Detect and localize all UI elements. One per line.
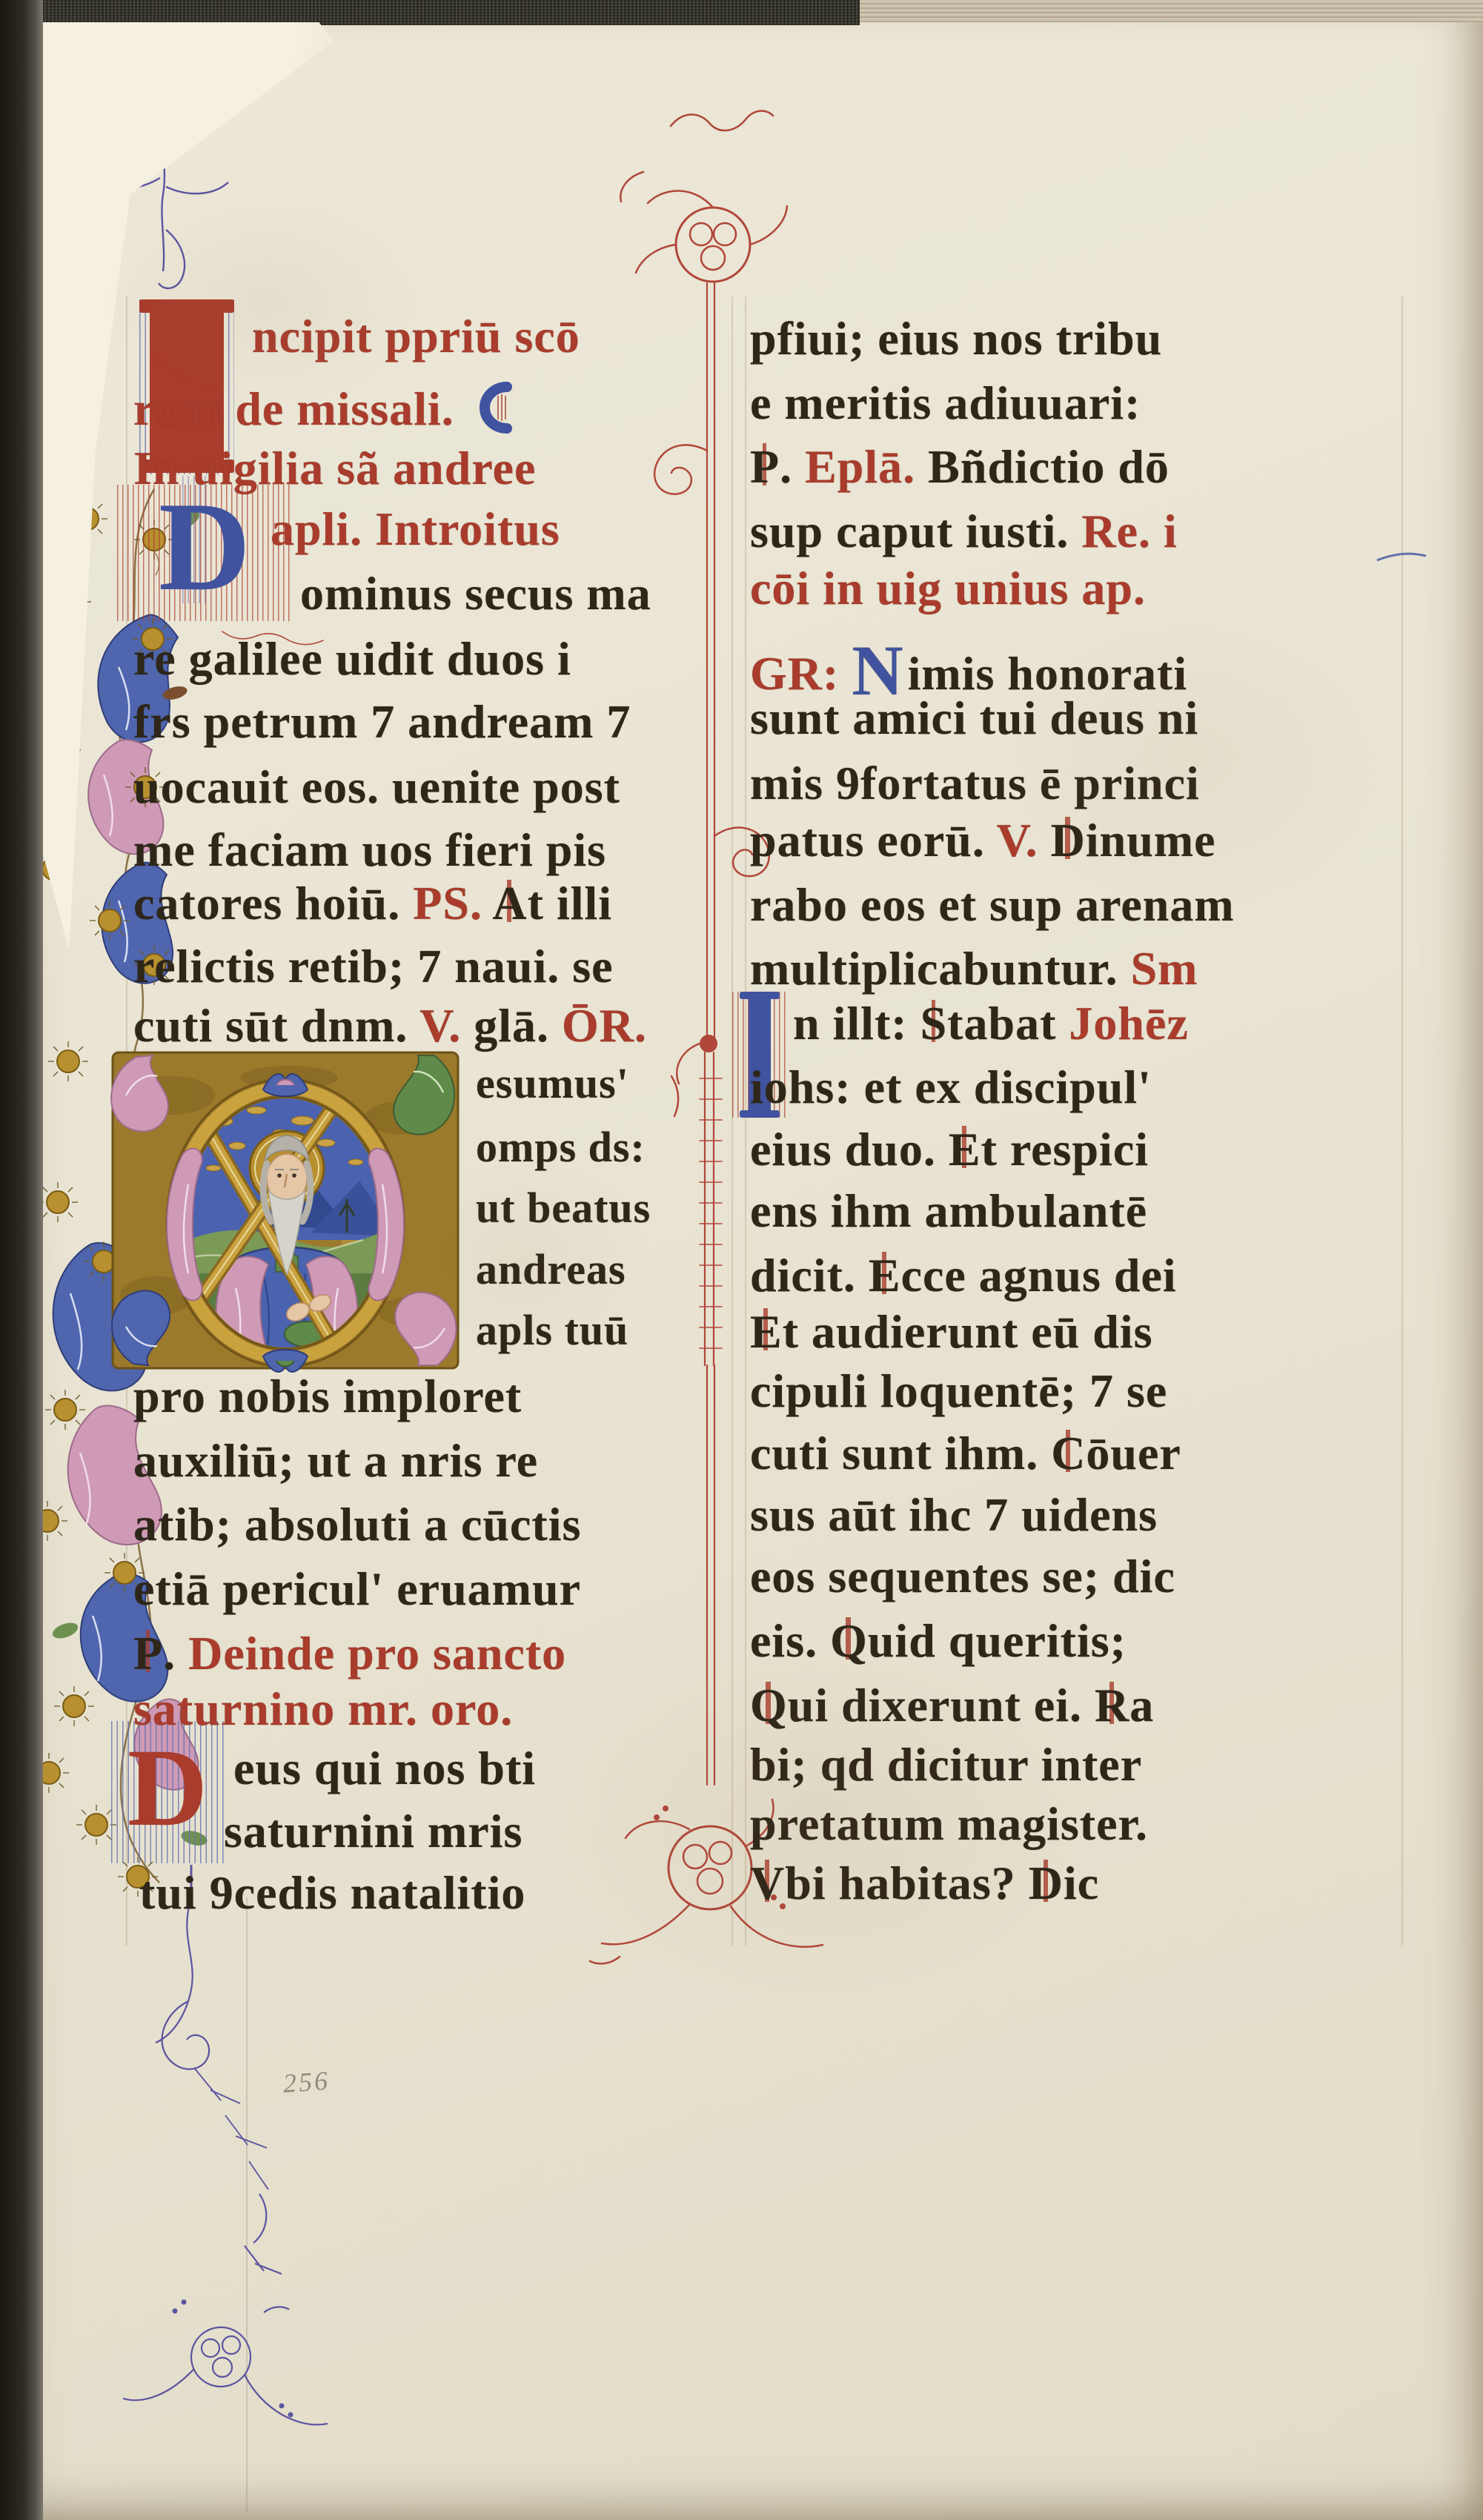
text-line: iohs: et ex discipul': [750, 1062, 1152, 1112]
text-line: multiplicabuntur. Sm: [750, 944, 1198, 993]
text-segment: auxiliū; ut a nris re: [133, 1434, 538, 1487]
text-segment: cōi in uig unius ap.: [750, 562, 1146, 614]
text-segment: .: [163, 1627, 188, 1680]
text-segment: V: [750, 1857, 785, 1909]
text-segment: a: [1129, 1679, 1154, 1731]
text-line: re galilee uidit duos i: [133, 634, 571, 683]
text-segment: andreas: [476, 1245, 626, 1293]
text-segment: glā.: [474, 999, 562, 1052]
text-line: rum de missali.: [133, 384, 454, 434]
text-segment: saturnini mris: [224, 1805, 522, 1857]
text-segment: ui dixerunt ei.: [788, 1679, 1095, 1731]
text-line: mis 9fortatus ē princi: [750, 758, 1200, 808]
text-segment: ens ihm ambulantē: [750, 1184, 1147, 1237]
text-line: ut beatus: [476, 1186, 651, 1231]
text-line: bi; qd dicitur inter: [750, 1740, 1142, 1789]
text-line: pretatum magister.: [750, 1799, 1148, 1848]
text-line: saturnino mr. oro.: [133, 1684, 513, 1734]
text-segment: E: [750, 1305, 783, 1358]
illuminated-initial-saint-andrew: [111, 1051, 460, 1370]
text-segment: sunt amici tui deus ni: [750, 692, 1198, 744]
text-line: Vbi habitas? Dic: [750, 1858, 1099, 1908]
text-line: pfiui; eius nos tribu: [750, 314, 1162, 363]
text-segment: dicit.: [750, 1249, 869, 1302]
text-segment: PS.: [413, 877, 492, 929]
text-segment: E: [949, 1123, 981, 1176]
folio-note: 256: [282, 2065, 331, 2099]
text-segment: ŌR.: [562, 999, 647, 1052]
text-segment: R: [1095, 1679, 1129, 1731]
text-line: cuti sunt ihm. Cōuer: [750, 1428, 1181, 1478]
text-segment: bi habitas?: [785, 1857, 1029, 1909]
saint-andrew-miniature-art: [111, 1051, 460, 1370]
blue-paraph-icon: [474, 379, 513, 440]
text-segment: Deinde pro sancto: [188, 1627, 566, 1680]
text-segment: D: [1029, 1857, 1064, 1909]
text-line: relictis retib; 7 naui. se: [133, 941, 614, 991]
text-segment: eius duo.: [750, 1123, 949, 1176]
text-segment: In uigilia sã andree: [133, 442, 536, 494]
text-line: catores hoiū. PS. At illi: [133, 878, 612, 928]
text-segment: t audierunt eū dis: [783, 1305, 1153, 1358]
stray-blue-mark: [1377, 554, 1426, 560]
text-segment: t illi: [528, 877, 612, 929]
text-line: sup caput iusti. Re. i: [750, 506, 1178, 556]
text-segment: rum de missali.: [133, 382, 454, 435]
text-line: apls tuū: [476, 1308, 628, 1353]
text-segment: esumus': [476, 1059, 629, 1107]
text-segment: Re. i: [1081, 505, 1177, 557]
initial-letter: D: [127, 1724, 208, 1851]
text-line: P. Deinde pro sancto: [133, 1628, 566, 1678]
text-segment: S: [920, 997, 948, 1050]
text-line: cōi in uig unius ap.: [750, 563, 1146, 613]
text-segment: P: [750, 440, 780, 493]
page-edges-top-right: [860, 0, 1483, 22]
text-line: tui 9cedis natalitio: [139, 1868, 525, 1917]
text-line: n illt: Stabat Johēz: [793, 998, 1189, 1048]
text-segment: .: [780, 440, 805, 493]
binding-gutter-left: [0, 0, 43, 2520]
text-segment: omps ds:: [476, 1123, 646, 1171]
text-segment: ominus secus ma: [300, 567, 651, 620]
text-segment: Q: [830, 1614, 868, 1667]
text-line: auxiliū; ut a nris re: [133, 1436, 538, 1485]
text-segment: me faciam uos fieri pis: [133, 823, 606, 876]
text-line: saturnini mris: [224, 1806, 522, 1856]
text-segment: P: [133, 1627, 163, 1680]
text-segment: re galilee uidit duos i: [133, 632, 571, 685]
text-line: pro nobis imploret: [133, 1371, 522, 1421]
text-line: rabo eos et sup arenam: [750, 880, 1235, 929]
text-segment: cuti sūt dnm.: [133, 999, 419, 1052]
text-line: sus aūt ihc 7 uidens: [750, 1490, 1158, 1539]
text-line: Et audierunt eū dis: [750, 1307, 1153, 1356]
text-segment: sup caput iusti.: [750, 505, 1081, 557]
bottom-left-flourish-icon: [123, 1865, 328, 2424]
text-line: ominus secus ma: [300, 568, 651, 618]
text-line: omps ds:: [476, 1125, 646, 1170]
text-line: cipuli loquentē; 7 se: [750, 1366, 1167, 1416]
text-segment: ic: [1064, 1857, 1099, 1909]
text-segment: relictis retib; 7 naui. se: [133, 940, 614, 992]
text-line: cuti sūt dnm. V. glā. ŌR.: [133, 1001, 647, 1050]
text-segment: uocauit eos. uenite post: [133, 760, 620, 813]
text-segment: n illt:: [793, 997, 920, 1050]
text-line: atib; absoluti a cūctis: [133, 1499, 581, 1549]
text-line: P. Eplā. Bñdictio dō: [750, 442, 1170, 491]
text-line: me faciam uos fieri pis: [133, 825, 606, 875]
text-line: eis. Quid queritis;: [750, 1616, 1127, 1665]
text-segment: e meritis adiuuari:: [750, 377, 1141, 429]
text-segment: multiplicabuntur.: [750, 942, 1131, 995]
text-segment: V.: [997, 814, 1051, 866]
text-segment: t respici: [981, 1123, 1149, 1176]
text-line: esumus': [476, 1061, 629, 1107]
text-line: andreas: [476, 1247, 626, 1293]
text-segment: sus aūt ihc 7 uidens: [750, 1488, 1158, 1541]
text-line: eus qui nos bti: [233, 1743, 536, 1793]
text-line: In uigilia sã andree: [133, 443, 536, 493]
text-segment: mis 9fortatus ē princi: [750, 757, 1200, 809]
text-line: Qui dixerunt ei. Ra: [750, 1680, 1154, 1730]
text-segment: Q: [750, 1679, 788, 1731]
text-segment: Bñdictio dō: [928, 440, 1170, 493]
text-line: eius duo. Et respici: [750, 1124, 1149, 1174]
text-line: dicit. Ecce agnus dei: [750, 1250, 1177, 1300]
text-segment: E: [869, 1249, 901, 1302]
text-segment: D: [1051, 814, 1086, 866]
text-segment: Eplā.: [805, 440, 928, 493]
manuscript-page: D D: [0, 0, 1483, 2520]
text-segment: rabo eos et sup arenam: [750, 878, 1235, 931]
initial-D-dominus: D: [117, 485, 292, 621]
text-segment: eis.: [750, 1614, 830, 1667]
text-line: apli. Introitus: [271, 504, 560, 554]
text-segment: ut beatus: [476, 1184, 651, 1232]
text-line: ncipit ppriū scō: [252, 311, 580, 361]
text-segment: pfiui; eius nos tribu: [750, 312, 1162, 365]
text-segment: iohs: et ex discipul': [750, 1061, 1152, 1113]
text-segment: ncipit ppriū scō: [252, 310, 580, 362]
text-segment: etiā pericul' eruamur: [133, 1562, 581, 1615]
text-segment: apls tuū: [476, 1306, 628, 1354]
text-segment: cipuli loquentē; 7 se: [750, 1365, 1167, 1417]
text-line: sunt amici tui deus ni: [750, 693, 1198, 743]
text-segment: tui 9cedis natalitio: [139, 1866, 525, 1919]
binding-cloth-top: [0, 0, 860, 25]
text-line: frs petrum 7 andream 7: [133, 697, 631, 746]
text-segment: cuti sunt ihm.: [750, 1427, 1051, 1479]
text-line: e meritis adiuuari:: [750, 378, 1141, 428]
text-segment: cce agnus dei: [901, 1249, 1177, 1302]
text-segment: pretatum magister.: [750, 1797, 1148, 1850]
text-segment: catores hoiū.: [133, 877, 413, 929]
text-line: etiā pericul' eruamur: [133, 1564, 581, 1614]
text-segment: apli. Introitus: [271, 503, 560, 555]
text-segment: uid queritis;: [868, 1614, 1127, 1667]
text-segment: V.: [419, 999, 474, 1052]
text-segment: frs petrum 7 andream 7: [133, 695, 631, 748]
text-segment: inume: [1086, 814, 1216, 866]
text-segment: A: [492, 877, 527, 929]
text-segment: patus eorū.: [750, 814, 997, 866]
text-segment: tabat: [947, 997, 1069, 1050]
initial-D-deus: D: [111, 1721, 224, 1863]
text-segment: Sm: [1131, 942, 1198, 995]
text-segment: Johēz: [1069, 997, 1188, 1050]
text-line: patus eorū. V. Dinume: [750, 815, 1216, 865]
text-segment: eus qui nos bti: [233, 1742, 536, 1794]
text-line: uocauit eos. uenite post: [133, 762, 620, 812]
initial-letter: D: [159, 474, 251, 620]
text-line: eos sequentes se; dic: [750, 1551, 1175, 1601]
text-segment: saturnino mr. oro.: [133, 1682, 513, 1735]
text-segment: pro nobis imploret: [133, 1370, 522, 1422]
text-segment: bi; qd dicitur inter: [750, 1738, 1142, 1791]
text-segment: atib; absoluti a cūctis: [133, 1498, 581, 1551]
text-segment: eos sequentes se; dic: [750, 1550, 1175, 1602]
text-line: ens ihm ambulantē: [750, 1186, 1147, 1236]
text-segment: ōuer: [1086, 1427, 1181, 1479]
text-segment: C: [1051, 1427, 1086, 1479]
